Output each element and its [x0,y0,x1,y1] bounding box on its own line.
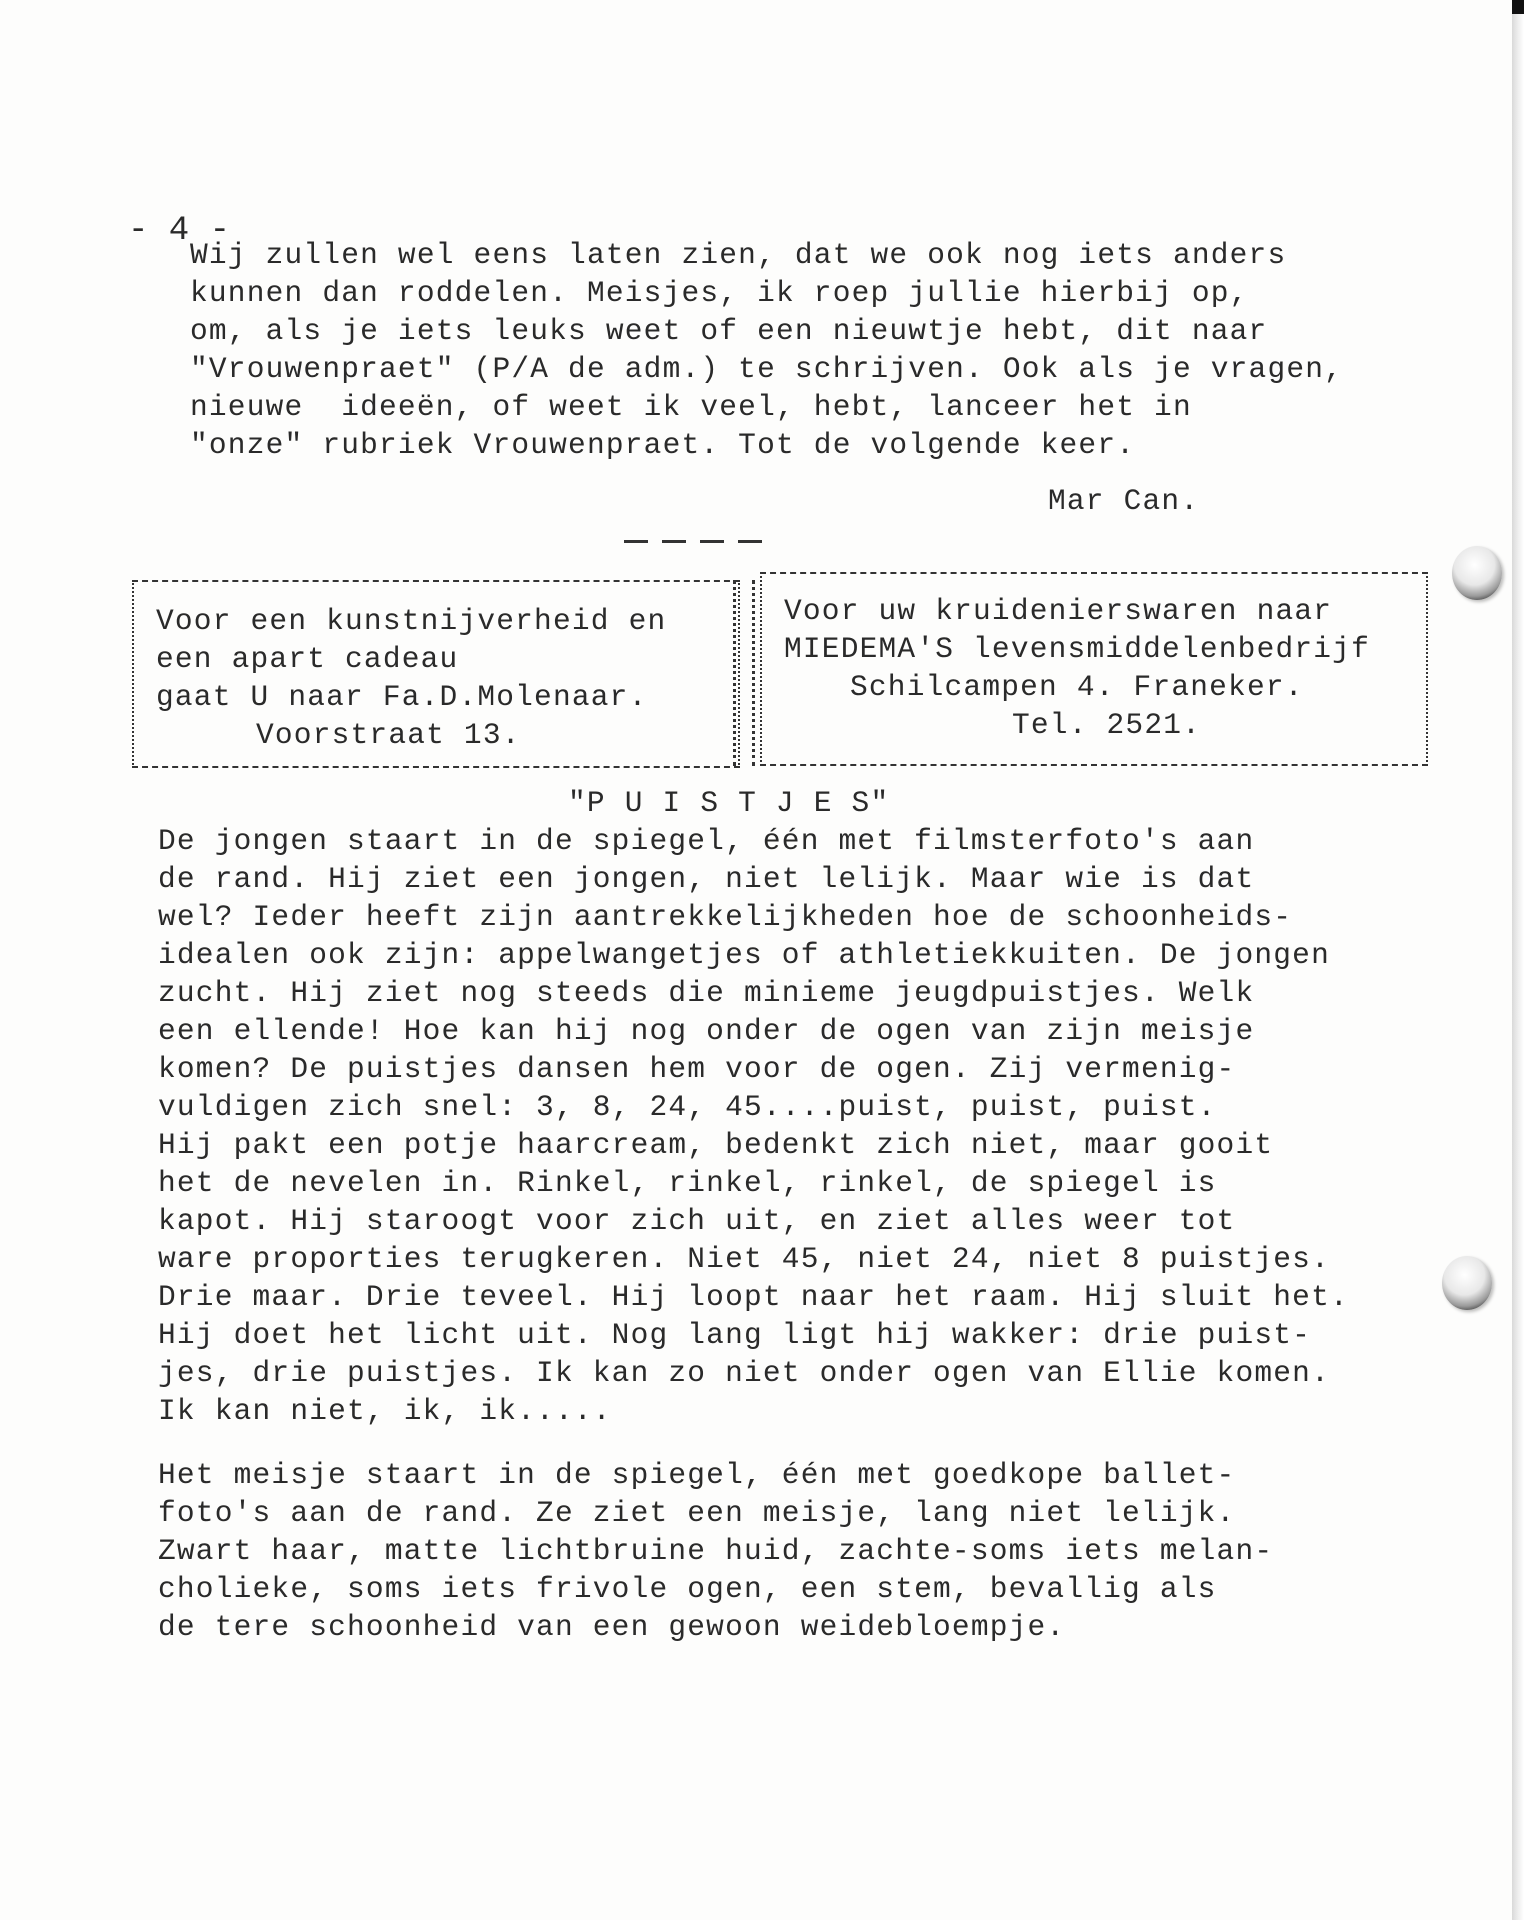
punch-hole [1452,546,1502,600]
text-line: Ik kan niet, ik, ik..... [158,1394,612,1428]
ad-box-miedema: Voor uw kruidenierswaren naar MIEDEMA'S … [760,572,1428,766]
text-line: foto's aan de rand. Ze ziet een meisje, … [158,1496,1235,1530]
text-line: komen? De puistjes dansen hem voor de og… [158,1052,1235,1086]
story-title: "P U I S T J E S" [568,786,889,820]
text-line: Drie maar. Drie teveel. Hij loopt naar h… [158,1280,1349,1314]
text-line: de tere schoonheid van een gewoon weideb… [158,1610,1065,1644]
text-line: Hij doet het licht uit. Nog lang ligt hi… [158,1318,1311,1352]
ad-line: Voorstraat 13. [256,718,521,752]
text-line: de rand. Hij ziet een jongen, niet lelij… [158,862,1254,896]
box-separator [752,580,755,766]
text-line: De jongen staart in de spiegel, één met … [158,824,1254,858]
text-line: idealen ook zijn: appelwangetjes of athl… [158,938,1330,972]
text-line: vuldigen zich snel: 3, 8, 24, 45....puis… [158,1090,1217,1124]
ad-line: MIEDEMA'S levensmiddelenbedrijf [784,632,1370,666]
text-line: "Vrouwenpraet" (P/A de adm.) te schrijve… [190,352,1343,386]
section-divider [624,540,764,543]
text-line: Hij pakt een potje haarcream, bedenkt zi… [158,1128,1273,1162]
text-line: wel? Ieder heeft zijn aantrekkelijkheden… [158,900,1292,934]
ad-line: Voor een kunstnijverheid en [156,604,666,638]
ad-line: Tel. 2521. [1012,708,1201,742]
box-separator [733,580,736,766]
text-line: kunnen dan roddelen. Meisjes, ik roep ju… [190,276,1249,310]
text-line: jes, drie puistjes. Ik kan zo niet onder… [158,1356,1330,1390]
text-line: om, als je iets leuks weet of een nieuwt… [190,314,1267,348]
text-line: nieuwe ideeën, of weet ik veel, hebt, la… [190,390,1192,424]
text-line: ware proporties terugkeren. Niet 45, nie… [158,1242,1330,1276]
scan-corner [1512,0,1524,14]
text-line: kapot. Hij staroogt voor zich uit, en zi… [158,1204,1235,1238]
text-line: Wij zullen wel eens laten zien, dat we o… [190,238,1286,272]
punch-hole [1442,1256,1492,1310]
signature: Mar Can. [1048,484,1199,518]
text-line: cholieke, soms iets frivole ogen, een st… [158,1572,1217,1606]
text-line: Zwart haar, matte lichtbruine huid, zach… [158,1534,1273,1568]
ad-line: een apart cadeau [156,642,458,676]
ad-line: Schilcampen 4. Franeker. [850,670,1304,704]
ad-line: gaat U naar Fa.D.Molenaar. [156,680,647,714]
text-line: zucht. Hij ziet nog steeds die minieme j… [158,976,1254,1010]
text-line: het de nevelen in. Rinkel, rinkel, rinke… [158,1166,1217,1200]
ad-box-molenaar: Voor een kunstnijverheid en een apart ca… [132,580,740,768]
text-line: Het meisje staart in de spiegel, één met… [158,1458,1235,1492]
page-edge [1512,0,1524,1920]
ad-line: Voor uw kruidenierswaren naar [784,594,1332,628]
text-line: een ellende! Hoe kan hij nog onder de og… [158,1014,1254,1048]
text-line: "onze" rubriek Vrouwenpraet. Tot de volg… [190,428,1135,462]
